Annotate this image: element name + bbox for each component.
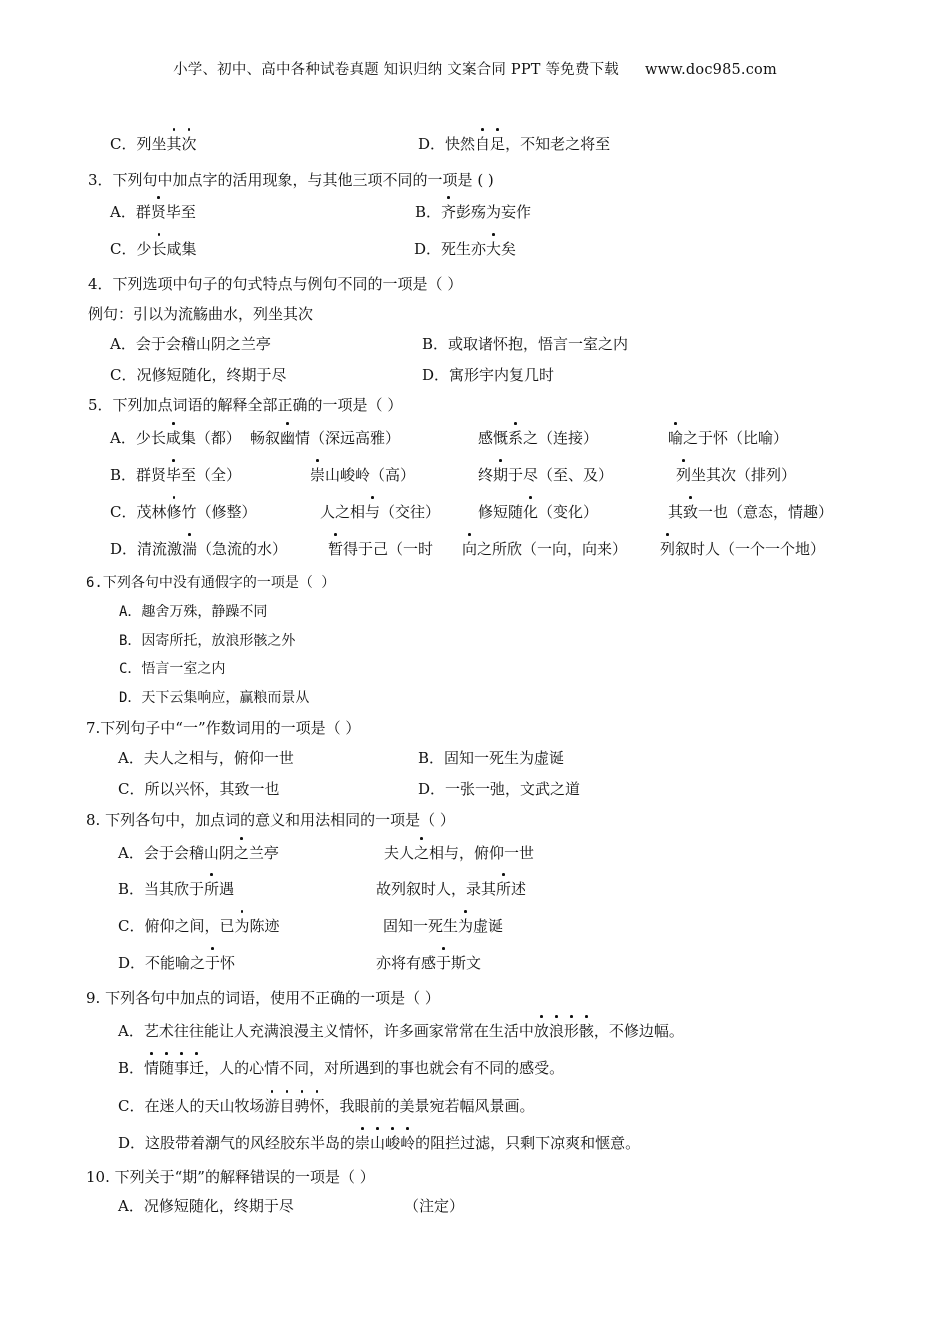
emphasis-dot-char: 列: [660, 539, 675, 559]
emphasis-dot-char: 喻: [668, 428, 683, 448]
header-url[interactable]: www.doc985.com: [645, 62, 777, 78]
emphasis-dot-char: 毕: [166, 465, 181, 485]
text-segment: A．群: [110, 203, 151, 221]
text-segment: B．群贤: [110, 466, 166, 484]
question-line-q5b4: 列坐其次（排列）: [676, 465, 796, 485]
text-segment: A．会于会稽山阴之兰亭: [110, 335, 271, 353]
text-segment: 4．下列选项中句子的句式特点与例句不同的一项是（ ）: [88, 275, 462, 293]
text-segment: 9. 下列各句中加点的词语，使用不正确的一项是（ ）: [86, 989, 440, 1007]
text-segment: B．因寄所托，放浪形骸之外: [119, 633, 295, 649]
question-line-q5a1: A．少长咸集（都）: [110, 428, 241, 448]
text-segment: A．艺术往往能让人充满浪漫主义情怀，许多画家常常在生活中: [118, 1022, 534, 1040]
text-segment: （变化）: [538, 503, 598, 521]
text-segment: C．列坐: [110, 135, 166, 153]
text-segment: D．死生亦: [414, 240, 486, 258]
emphasis-dot-char: 于: [436, 953, 451, 973]
emphasis-dot-char: 大: [486, 239, 501, 259]
question-line-q5d1: D．清流激湍（急流的水）: [110, 539, 287, 559]
text-segment: 例句：引以为流觞曲水，列坐其次: [88, 305, 313, 323]
text-segment: 亦将有感: [376, 954, 436, 972]
text-segment: 感慨: [478, 429, 508, 447]
text-segment: D．这股带着潮气的风经胶东半岛的: [118, 1134, 355, 1152]
text-segment: C．在迷人的天山牧场: [118, 1097, 264, 1115]
emphasis-dot-char: 事: [174, 1058, 189, 1078]
text-segment: 修短随: [478, 503, 523, 521]
question-line-q5d3: 向之所欣（一向，向来）: [462, 539, 627, 559]
text-segment: C．所以兴怀，其致一也: [118, 780, 279, 798]
question-line-q8a2: 夫人之相与，俯仰一世: [384, 843, 534, 863]
question-line-q10a_note: （注定）: [404, 1196, 464, 1216]
text-segment: 夫人: [384, 844, 414, 862]
text-segment: 集（都）: [181, 429, 241, 447]
emphasis-dot-char: 之: [414, 843, 429, 863]
question-line-q3: 3．下列句中加点字的活用现象，与其他三项不同的一项是 ( ): [88, 170, 494, 190]
text-segment: D．不能喻之: [118, 954, 205, 972]
question-line-q8d2: 亦将有感于斯文: [376, 953, 481, 973]
text-segment: 于尽（至、及）: [508, 466, 613, 484]
text-segment: A．趣舍万殊，静躁不同: [119, 604, 267, 620]
text-segment: 矣: [501, 240, 516, 258]
emphasis-dot-char: 系: [508, 428, 523, 448]
emphasis-dot-char: 崇: [310, 465, 325, 485]
question-line-q9c: C．在迷人的天山牧场游目骋怀，我眼前的美景宛若幅风景画。: [118, 1096, 535, 1116]
question-line-q5c2: 人之相与（交往）: [320, 502, 440, 522]
text-segment: 之于怀（比喻）: [683, 429, 788, 447]
text-segment: D．一张一弛，文武之道: [418, 780, 580, 798]
emphasis-dot-char: 其: [166, 134, 181, 154]
text-segment: B．当其欣于: [118, 880, 204, 898]
text-segment: 10. 下列关于“期”的解释错误的一项是（ ）: [86, 1168, 375, 1186]
question-line-q5a3: 感慨系之（连接）: [478, 428, 598, 448]
emphasis-dot-char: 骸: [579, 1021, 594, 1041]
emphasis-dot-char: 湍: [182, 539, 197, 559]
emphasis-dot-char: 暂: [328, 539, 343, 559]
question-line-q7: 7.下列句子中“一”作数词用的一项是（ ）: [86, 718, 360, 738]
text-segment: 山峻岭（高）: [325, 466, 415, 484]
text-segment: B．: [415, 203, 441, 221]
text-segment: 相与，俯仰一世: [429, 844, 534, 862]
text-segment: B．固知一死生为虚诞: [418, 749, 564, 767]
text-segment: ，不修边幅。: [594, 1022, 684, 1040]
question-line-q8b1: B．当其欣于所遇: [118, 879, 234, 899]
text-segment: D．寓形宇内复几时: [422, 366, 554, 384]
emphasis-dot-char: 贤: [151, 202, 166, 222]
emphasis-dot-char: 峻: [385, 1133, 400, 1153]
emphasis-dot-char: 为: [458, 916, 473, 936]
question-line-q4ex: 例句：引以为流觞曲水，列坐其次: [88, 304, 313, 324]
emphasis-dot-char: 崇: [355, 1133, 370, 1153]
question-line-q3b: B．齐彭殇为妄作: [415, 202, 531, 222]
emphasis-dot-char: 浪: [549, 1021, 564, 1041]
question-line-q6a: A．趣舍万殊，静躁不同: [119, 602, 267, 622]
text-segment: 一也（意态，情趣）: [698, 503, 833, 521]
emphasis-dot-char: 迁: [189, 1058, 204, 1078]
text-segment: 之所欣（一向，向来）: [477, 540, 627, 558]
emphasis-dot-char: 次: [182, 134, 197, 154]
question-line-q8b2: 故列叙时人，录其所述: [376, 879, 526, 899]
emphasis-dot-char: 咸: [166, 428, 181, 448]
text-segment: 彭殇为妄作: [456, 203, 531, 221]
text-segment: 畅叙: [250, 429, 280, 447]
emphasis-dot-char: 修: [166, 502, 181, 522]
emphasis-dot-char: 致: [683, 502, 698, 522]
question-line-q9a: A．艺术往往能让人充满浪漫主义情怀，许多画家常常在生活中放浪形骸，不修边幅。: [118, 1021, 684, 1041]
text-segment: C．茂林: [110, 503, 166, 521]
text-segment: 人之相: [320, 503, 365, 521]
emphasis-dot-char: 足: [490, 134, 505, 154]
text-segment: 7.下列句子中“一”作数词用的一项是（ ）: [86, 719, 360, 737]
text-segment: B．: [118, 1059, 144, 1077]
emphasis-dot-char: 游: [264, 1096, 279, 1116]
question-line-q6b: B．因寄所托，放浪形骸之外: [119, 631, 295, 651]
emphasis-dot-char: 之: [234, 843, 249, 863]
question-line-q5c3: 修短随化（变化）: [478, 502, 598, 522]
text-segment: 的阻拦过滤，只剩下凉爽和惬意。: [415, 1134, 640, 1152]
text-segment: ，人的心情不同，对所遇到的事也就会有不同的感受。: [204, 1059, 564, 1077]
emphasis-dot-char: 形: [564, 1021, 579, 1041]
text-segment: 至（全）: [181, 466, 241, 484]
question-line-q3c: C．少长咸集: [110, 239, 197, 259]
text-segment: C．俯仰之间，已: [118, 917, 234, 935]
text-segment: A．少长: [110, 429, 166, 447]
emphasis-dot-char: 放: [534, 1021, 549, 1041]
text-segment: A．会于会稽山阴: [118, 844, 234, 862]
emphasis-dot-char: 列: [676, 465, 691, 485]
question-line-q5a4: 喻之于怀（比喻）: [668, 428, 788, 448]
text-segment: （急流的水）: [197, 540, 287, 558]
text-segment: 述: [511, 880, 526, 898]
text-segment: 5．下列加点词语的解释全部正确的一项是（ ）: [88, 396, 402, 414]
page-header: 小学、初中、高中各种试卷真题 知识归纳 文案合同 PPT 等免费下载www.do…: [0, 58, 950, 79]
text-segment: D．天下云集响应，赢粮而景从: [119, 690, 309, 706]
text-segment: A．夫人之相与，俯仰一世: [118, 749, 294, 767]
text-segment: 故列叙时人，录其: [376, 880, 496, 898]
question-line-q7c: C．所以兴怀，其致一也: [118, 779, 279, 799]
emphasis-dot-char: 骋: [295, 1096, 310, 1116]
question-line-q9: 9. 下列各句中加点的词语，使用不正确的一项是（ ）: [86, 988, 440, 1008]
question-line-q3d: D．死生亦大矣: [414, 239, 516, 259]
text-segment: ，不知老之将至: [505, 135, 610, 153]
question-line-q4c: C．况修短随化，终期于尽: [110, 365, 286, 385]
question-line-q8a1: A．会于会稽山阴之兰亭: [118, 843, 279, 863]
emphasis-dot-char: 所: [496, 879, 511, 899]
text-segment: A．况修短随化，终期于尽: [118, 1197, 294, 1215]
question-line-q5c1: C．茂林修竹（修整）: [110, 502, 257, 522]
emphasis-dot-char: 向: [462, 539, 477, 559]
question-line-q7a: A．夫人之相与，俯仰一世: [118, 748, 294, 768]
question-line-q10: 10. 下列关于“期”的解释错误的一项是（ ）: [86, 1167, 375, 1187]
emphasis-dot-char: 齐: [441, 202, 456, 222]
emphasis-dot-char: 情: [144, 1058, 159, 1078]
text-segment: 6.下列各句中没有通假字的一项是（ ）: [86, 575, 335, 591]
question-line-q4: 4．下列选项中句子的句式特点与例句不同的一项是（ ）: [88, 274, 462, 294]
emphasis-dot-char: 与: [365, 502, 380, 522]
emphasis-dot-char: 怀: [310, 1096, 325, 1116]
header-text: 小学、初中、高中各种试卷真题 知识归纳 文案合同 PPT 等免费下载: [173, 62, 619, 78]
text-segment: ，我眼前的美景宛若幅风景画。: [325, 1097, 535, 1115]
exam-page: 小学、初中、高中各种试卷真题 知识归纳 文案合同 PPT 等免费下载www.do…: [0, 0, 950, 1344]
text-segment: D．快然: [418, 135, 475, 153]
text-segment: 之（连接）: [523, 429, 598, 447]
text-segment: 咸集: [167, 240, 197, 258]
emphasis-dot-char: 长: [151, 239, 166, 259]
question-line-q5b2: 崇山峻岭（高）: [310, 465, 415, 485]
text-segment: 斯文: [451, 954, 481, 972]
question-line-q9d: D．这股带着潮气的风经胶东半岛的崇山峻岭的阻拦过滤，只剩下凉爽和惬意。: [118, 1133, 640, 1153]
question-line-q8c2: 固知一死生为虚诞: [383, 916, 503, 936]
emphasis-dot-char: 随: [159, 1058, 174, 1078]
question-line-q5c4: 其致一也（意态，情趣）: [668, 502, 833, 522]
question-line-q8c1: C．俯仰之间，已为陈迹: [118, 916, 280, 936]
text-segment: 叙时人（一个一个地）: [675, 540, 825, 558]
emphasis-dot-char: 岭: [400, 1133, 415, 1153]
question-line-q5a2: 畅叙幽情（深远高雅）: [250, 428, 400, 448]
text-segment: （注定）: [404, 1197, 464, 1215]
emphasis-dot-char: 目: [280, 1096, 295, 1116]
text-segment: 其: [668, 503, 683, 521]
question-line-q5: 5．下列加点词语的解释全部正确的一项是（ ）: [88, 395, 402, 415]
question-line-q7b: B．固知一死生为虚诞: [418, 748, 564, 768]
question-line-q6d: D．天下云集响应，赢粮而景从: [119, 688, 309, 708]
question-line-q7d: D．一张一弛，文武之道: [418, 779, 580, 799]
question-line-q3a: A．群贤毕至: [110, 202, 196, 222]
question-line-q4d: D．寓形宇内复几时: [422, 365, 554, 385]
question-line-q10a: A．况修短随化，终期于尽: [118, 1196, 294, 1216]
emphasis-dot-char: 山: [370, 1133, 385, 1153]
text-segment: 3．下列句中加点字的活用现象，与其他三项不同的一项是 ( ): [88, 171, 494, 189]
question-line-q8d1: D．不能喻之于怀: [118, 953, 235, 973]
text-segment: 兰亭: [249, 844, 279, 862]
text-segment: 虚诞: [473, 917, 503, 935]
text-segment: 竹（修整）: [182, 503, 257, 521]
question-line-q2c: C．列坐其次: [110, 134, 197, 154]
emphasis-dot-char: 幽: [280, 428, 295, 448]
question-line-q6c: C．悟言一室之内: [119, 659, 225, 679]
text-segment: 坐其次（排列）: [691, 466, 796, 484]
question-line-q4a: A．会于会稽山阴之兰亭: [110, 334, 271, 354]
text-segment: 怀: [220, 954, 235, 972]
text-segment: 固知一死生: [383, 917, 458, 935]
text-segment: 陈迹: [250, 917, 280, 935]
question-line-q5d2: 暂得于己（一时: [328, 539, 433, 559]
emphasis-dot-char: 所: [204, 879, 219, 899]
text-segment: C．少: [110, 240, 151, 258]
question-line-q5b3: 终期于尽（至、及）: [478, 465, 613, 485]
question-line-q8: 8. 下列各句中，加点词的意义和用法相同的一项是（ ）: [86, 810, 455, 830]
question-line-q5d4: 列叙时人（一个一个地）: [660, 539, 825, 559]
emphasis-dot-char: 为: [234, 916, 249, 936]
question-line-q2d: D．快然自足，不知老之将至: [418, 134, 610, 154]
text-segment: 得于己（一时: [343, 540, 433, 558]
text-segment: 遇: [219, 880, 234, 898]
emphasis-dot-char: 期: [493, 465, 508, 485]
text-segment: C．悟言一室之内: [119, 661, 225, 677]
text-segment: B．或取诸怀抱，悟言一室之内: [422, 335, 628, 353]
text-segment: D．清流激: [110, 540, 182, 558]
text-segment: （交往）: [380, 503, 440, 521]
text-segment: 8. 下列各句中，加点词的意义和用法相同的一项是（ ）: [86, 811, 455, 829]
text-segment: 情（深远高雅）: [295, 429, 400, 447]
emphasis-dot-char: 化: [523, 502, 538, 522]
question-line-q9b: B．情随事迁，人的心情不同，对所遇到的事也就会有不同的感受。: [118, 1058, 564, 1078]
question-line-q4b: B．或取诸怀抱，悟言一室之内: [422, 334, 628, 354]
question-line-q5b1: B．群贤毕至（全）: [110, 465, 241, 485]
text-segment: C．况修短随化，终期于尽: [110, 366, 286, 384]
emphasis-dot-char: 自: [475, 134, 490, 154]
text-segment: 毕至: [166, 203, 196, 221]
text-segment: 终: [478, 466, 493, 484]
emphasis-dot-char: 于: [205, 953, 220, 973]
question-line-q6: 6.下列各句中没有通假字的一项是（ ）: [86, 573, 335, 593]
